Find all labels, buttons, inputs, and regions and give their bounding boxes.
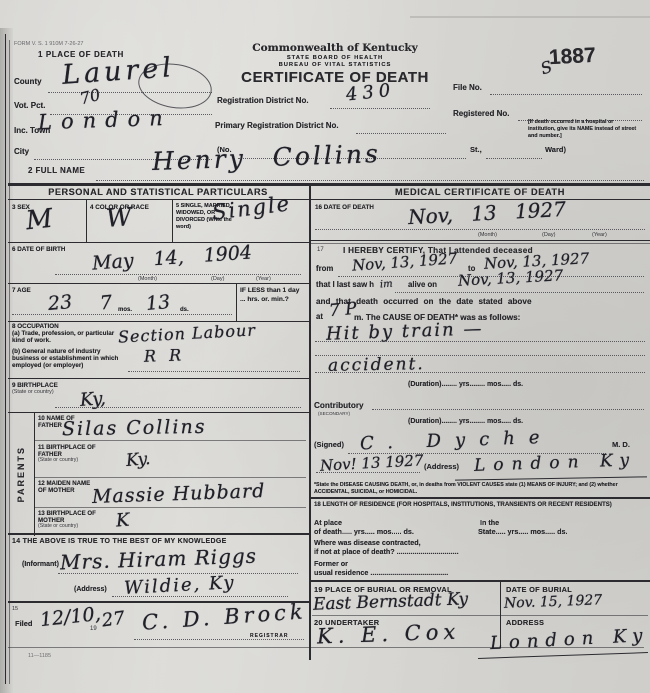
residence-label: 18 LENGTH OF RESIDENCE (FOR HOSPITALS, I… (314, 501, 646, 509)
birthplace-state-country-label: (State or country) (12, 389, 54, 395)
former-line2: usual residence ........................… (314, 569, 448, 577)
mother-birthplace-state-label: (State or country) (38, 524, 78, 530)
certify-lastsaw-label: that I last saw h (316, 281, 374, 290)
certificate-title: CERTIFICATE OF DEATH (215, 69, 455, 86)
certify-lastsaw-flourish: im (380, 280, 393, 291)
informant-address-handwritten: Wildie, Ky (124, 574, 236, 598)
undertaker-address-label: ADDRESS (506, 619, 544, 628)
cause-dotted-leader-3 (315, 372, 645, 373)
cause-duration-line: (Duration)........ yrs........ mos..... … (408, 381, 523, 389)
if-less-box-border (236, 283, 237, 321)
bureau-subtitle: BUREAU OF VITAL STATISTICS (225, 62, 445, 69)
scan-smudge (410, 16, 650, 18)
parents-label: PARENTS (16, 446, 26, 502)
death-certificate-scan: FORM V. S. 1 910M 7-26-27 1 PLACE OF DEA… (0, 0, 650, 693)
header-divider-rule (8, 183, 650, 186)
contributory-duration-line: (Duration)........ yrs........ mos..... … (408, 418, 523, 426)
occupation-a-label: (a) Trade, profession, or particular kin… (12, 330, 116, 344)
age-dotted-leader (12, 314, 232, 315)
registration-district-handwritten: 430 (345, 81, 396, 104)
filed-number: 15 (12, 606, 18, 612)
birthplace-dotted-leader (55, 407, 301, 408)
vot-pct-label: Vot. Pct. (14, 101, 45, 110)
certify-time-handwritten: 7 P (328, 301, 357, 320)
informant-address-label: (Address) (74, 586, 107, 594)
board-subtitle: STATE BOARD OF HEALTH (225, 55, 445, 62)
marital-handwritten: Single (211, 193, 292, 223)
signed-address-underline (455, 476, 647, 480)
mother-row-rule (34, 507, 306, 508)
certify-at-label: at (316, 313, 323, 322)
mother-name-label: 12 MAIDEN NAME OF MOTHER (38, 480, 96, 494)
left-border-line-inner (9, 40, 10, 684)
filed-year-handwritten: 27 (101, 609, 126, 630)
burial-date-handwritten: Nov. 15, 1927 (504, 593, 603, 610)
parents-bottom-rule (8, 533, 309, 535)
dod-rule-2 (311, 243, 650, 244)
age-label: 7 AGE (12, 287, 31, 294)
city-label: City (14, 147, 29, 156)
color-handwritten: W (105, 204, 132, 231)
cause-dotted-leader-1 (315, 341, 645, 342)
medical-section-title: MEDICAL CERTIFICATE OF DEATH (311, 187, 649, 198)
sex-color-cell-border (86, 199, 87, 242)
column-divider (309, 183, 311, 660)
informant-address-dotted-leader (112, 596, 288, 597)
father-birthplace-handwritten: Ky. (125, 451, 151, 470)
age-months-handwritten: 7 (99, 294, 113, 314)
parents-strip: PARENTS (8, 412, 34, 536)
county-label: County (14, 77, 42, 86)
age-row-rule (8, 321, 309, 322)
signed-address-label: (Address) (424, 463, 459, 472)
certify-lastsaw-dotted-leader (395, 292, 644, 293)
mother-name-handwritten: Massie Hubbard (92, 482, 266, 507)
city-st-dotted-leader (486, 158, 542, 159)
dod-rule-1 (311, 240, 650, 241)
filed-label: Filed (15, 620, 33, 629)
mother-birthplace-label: 13 BIRTHPLACE OF MOTHER (38, 510, 100, 524)
occupation-row-rule (8, 378, 309, 379)
medical-title-rule (311, 199, 650, 200)
mother-birthplace-handwritten: K (115, 512, 130, 531)
left-border-line-outer (5, 34, 6, 684)
signed-date-dotted-leader (316, 472, 420, 473)
dod-day-label: (Day) (542, 232, 555, 238)
form-number-top: FORM V. S. 1 910M 7-26-27 (14, 41, 84, 47)
occupation-dotted-leader (128, 371, 300, 372)
age-months-printed-label: mos. (118, 307, 132, 314)
form-number-bottom: 11—1185 (28, 653, 51, 659)
residence-of-death-line: of death..... yrs..... mos..... ds. (314, 528, 414, 536)
registrar-label: REGISTRAR (250, 634, 288, 640)
contributory-secondary-label: (SECONDARY) (318, 411, 350, 416)
burial-place-handwritten: East Bernstadt Ky (313, 591, 469, 613)
father-birthplace-state-label: (State or country) (38, 458, 78, 464)
certify-line4: and that death occurred on the date stat… (316, 297, 646, 306)
physician-signature-handwritten: C. Dyche (360, 429, 554, 454)
file-number-stamp: 1887 (548, 44, 596, 71)
certify-lastsaw-handwritten: Nov, 13, 1927 (458, 268, 564, 288)
age-days-printed-label: ds. (180, 307, 189, 314)
date-of-death-handwritten: Nov, 13 1927 (408, 199, 567, 227)
informant-dotted-leader (58, 573, 298, 574)
registration-district-label: Registration District No. (217, 96, 309, 105)
full-name-dotted-leader (96, 180, 644, 181)
md-label: M. D. (612, 441, 630, 450)
occupation-a-handwritten: Section Labour (118, 322, 257, 345)
hospital-note: [If death occurred in a hospital or inst… (528, 119, 642, 140)
filed-year-printed: 19 (90, 626, 97, 633)
residence-top-rule (311, 497, 650, 499)
occupation-b-label: (b) General nature of industry business … (12, 348, 126, 370)
undertaker-address-handwritten: London Ky (490, 627, 650, 653)
date-of-death-label: 16 DATE OF DEATH (315, 204, 374, 211)
contracted-line2: if not at place of death? ..............… (314, 548, 459, 556)
dob-row-rule (8, 283, 309, 284)
residence-state-line: State..... yrs..... mos..... ds. (478, 528, 567, 536)
father-row-rule (34, 440, 306, 441)
file-no-dotted-leader (490, 94, 642, 95)
commonwealth-title: Commonwealth of Kentucky (225, 42, 445, 54)
primary-registration-dotted-leader (356, 133, 446, 134)
age-days-handwritten: 13 (145, 293, 171, 314)
sex-row-rule (8, 242, 309, 243)
undertaker-handwritten: K. E. Cox (317, 622, 461, 648)
father-birthplace-row-rule (34, 477, 306, 478)
dob-handwritten: May 14, 1904 (92, 243, 253, 273)
vot-pct-handwritten: 70 (78, 87, 102, 107)
dob-year-label: (Year) (256, 276, 271, 282)
if-less-label: IF LESS than 1 day ... hrs. or. min.? (240, 287, 304, 304)
occupation-b-handwritten: R R (144, 347, 186, 364)
informant-label: (Informant) (22, 561, 59, 569)
certify-number: 17 (317, 247, 324, 254)
color-marital-cell-border (172, 199, 173, 242)
registered-no-label: Registered No. (453, 109, 509, 118)
signed-label: (Signed) (314, 441, 344, 450)
contributory-label: Contributory (314, 401, 364, 410)
dob-day-label: (Day) (211, 276, 224, 282)
certify-from-handwritten: Nov, 13, 1927 (352, 251, 458, 273)
certify-from-label: from (316, 265, 333, 274)
father-name-handwritten: Silas Collins (62, 418, 207, 440)
parents-strip-border (34, 412, 35, 536)
birthplace-row-rule (8, 412, 309, 413)
registrar-signature-handwritten: C. D. Brock (141, 601, 307, 633)
full-name-label: 2 FULL NAME (28, 166, 85, 175)
city-st-label: St., (470, 146, 482, 155)
registration-district-dotted-leader (330, 108, 430, 109)
cause-footnote: *State the DISEASE CAUSING DEATH, or, in… (314, 482, 648, 496)
certify-alive-label: alive on (408, 281, 437, 290)
primary-registration-label: Primary Registration District No. (215, 121, 339, 130)
dob-month-label: (Month) (138, 276, 157, 282)
contributory-dotted-leader (372, 409, 644, 410)
dob-dotted-leader (55, 274, 301, 275)
date-of-death-dotted-leader (315, 229, 645, 230)
city-ward-label: Ward) (545, 146, 566, 155)
dod-year-label: (Year) (592, 232, 607, 238)
dob-label: 6 DATE OF BIRTH (12, 246, 65, 253)
informant-handwritten: Mrs. Hiram Riggs (60, 546, 258, 573)
signed-address-handwritten: London Ky (474, 452, 638, 475)
dod-month-label: (Month) (478, 232, 497, 238)
signed-date-handwritten: Nov! 13 1927 (320, 453, 424, 473)
burial-top-rule (311, 580, 650, 582)
sex-handwritten: M (25, 206, 54, 235)
age-years-handwritten: 23 (47, 293, 73, 314)
father-birthplace-label: 11 BIRTHPLACE OF FATHER (38, 444, 100, 458)
file-no-label: File No. (453, 83, 482, 92)
burial-row-rule (312, 615, 648, 616)
full-name-handwritten: Henry Collins (152, 141, 382, 174)
inc-town-handwritten: London (38, 108, 172, 134)
